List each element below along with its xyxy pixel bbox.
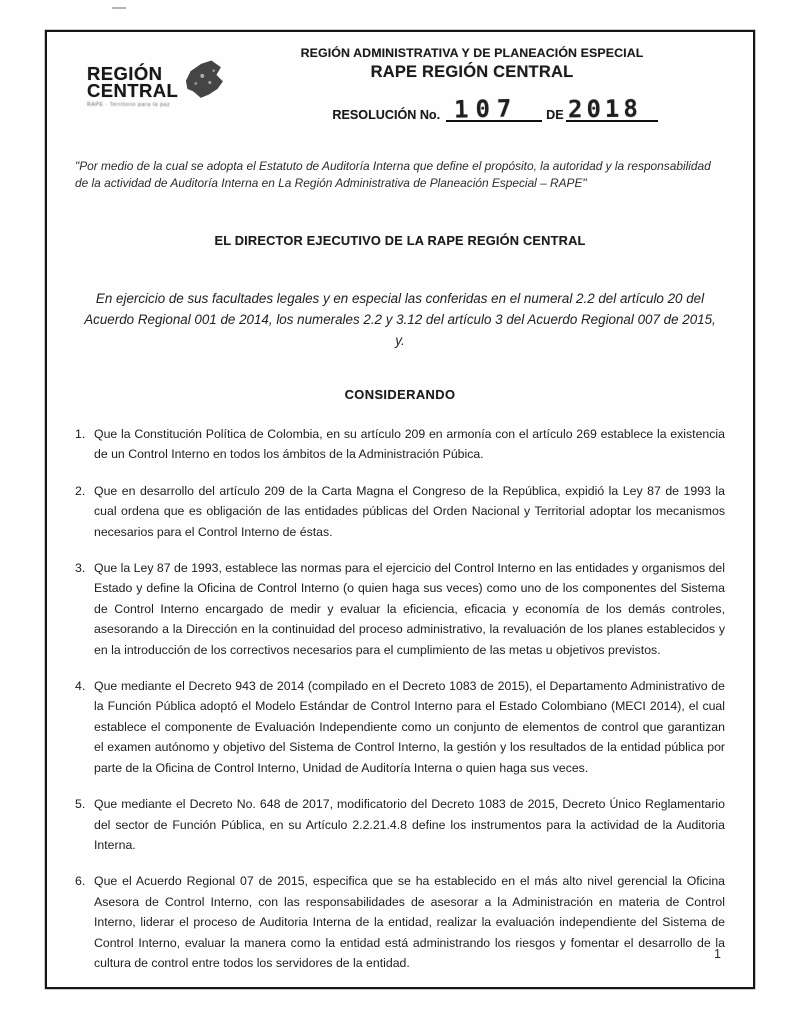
document-page: REGIÓN CENTRAL RAPE · Territorio para la… <box>45 30 755 989</box>
considerations-list: 1. Que la Constitución Política de Colom… <box>75 424 725 973</box>
resolution-label: RESOLUCIÓN No. <box>332 108 440 122</box>
region-map-icon <box>179 56 228 103</box>
page-number: 1 <box>714 947 721 961</box>
resolution-year-blank: 2018 <box>566 104 658 122</box>
logo-text-line2: CENTRAL <box>87 83 178 100</box>
item-number: 3. <box>75 558 94 660</box>
item-text: Que mediante el Decreto No. 648 de 2017,… <box>94 794 725 855</box>
consideration-item: 6. Que el Acuerdo Regional 07 de 2015, e… <box>75 871 725 973</box>
preamble-paragraph: En ejercicio de sus facultades legales y… <box>75 288 725 351</box>
subject-quote: "Por medio de la cual se adopta el Estat… <box>75 158 725 191</box>
header-title-block: REGIÓN ADMINISTRATIVA Y DE PLANEACIÓN ES… <box>251 46 693 122</box>
resolution-line: RESOLUCIÓN No. 107 DE 2018 <box>251 104 693 122</box>
item-number: 1. <box>75 424 94 465</box>
scan-speck <box>112 7 126 9</box>
consideration-item: 5. Que mediante el Decreto No. 648 de 20… <box>75 794 725 855</box>
issuer-title: EL DIRECTOR EJECUTIVO DE LA RAPE REGIÓN … <box>75 233 725 248</box>
consideration-item: 4. Que mediante el Decreto 943 de 2014 (… <box>75 676 725 778</box>
document-header: REGIÓN CENTRAL RAPE · Territorio para la… <box>75 40 725 144</box>
item-text: Que la Ley 87 de 1993, establece las nor… <box>94 558 725 660</box>
resolution-de-label: DE <box>546 108 564 122</box>
item-number: 5. <box>75 794 94 855</box>
item-number: 6. <box>75 871 94 973</box>
org-name-line2: RAPE REGIÓN CENTRAL <box>251 63 693 82</box>
consideration-item: 3. Que la Ley 87 de 1993, establece las … <box>75 558 725 660</box>
resolution-number-stamp: 107 <box>454 94 519 123</box>
item-text: Que en desarrollo del artículo 209 de la… <box>94 481 725 542</box>
consideration-item: 1. Que la Constitución Política de Colom… <box>75 424 725 465</box>
consideration-item: 2. Que en desarrollo del artículo 209 de… <box>75 481 725 542</box>
item-number: 2. <box>75 481 94 542</box>
considerando-heading: CONSIDERANDO <box>75 387 725 402</box>
org-logo: REGIÓN CENTRAL RAPE · Territorio para la… <box>87 66 226 108</box>
item-number: 4. <box>75 676 94 778</box>
item-text: Que la Constitución Política de Colombia… <box>94 424 725 465</box>
org-name-line1: REGIÓN ADMINISTRATIVA Y DE PLANEACIÓN ES… <box>251 46 693 60</box>
resolution-number-blank: 107 <box>446 104 542 122</box>
resolution-year-stamp: 2018 <box>567 95 641 124</box>
item-text: Que mediante el Decreto 943 de 2014 (com… <box>94 676 725 778</box>
item-text: Que el Acuerdo Regional 07 de 2015, espe… <box>94 871 725 973</box>
logo-tagline: RAPE · Territorio para la paz <box>87 102 178 108</box>
